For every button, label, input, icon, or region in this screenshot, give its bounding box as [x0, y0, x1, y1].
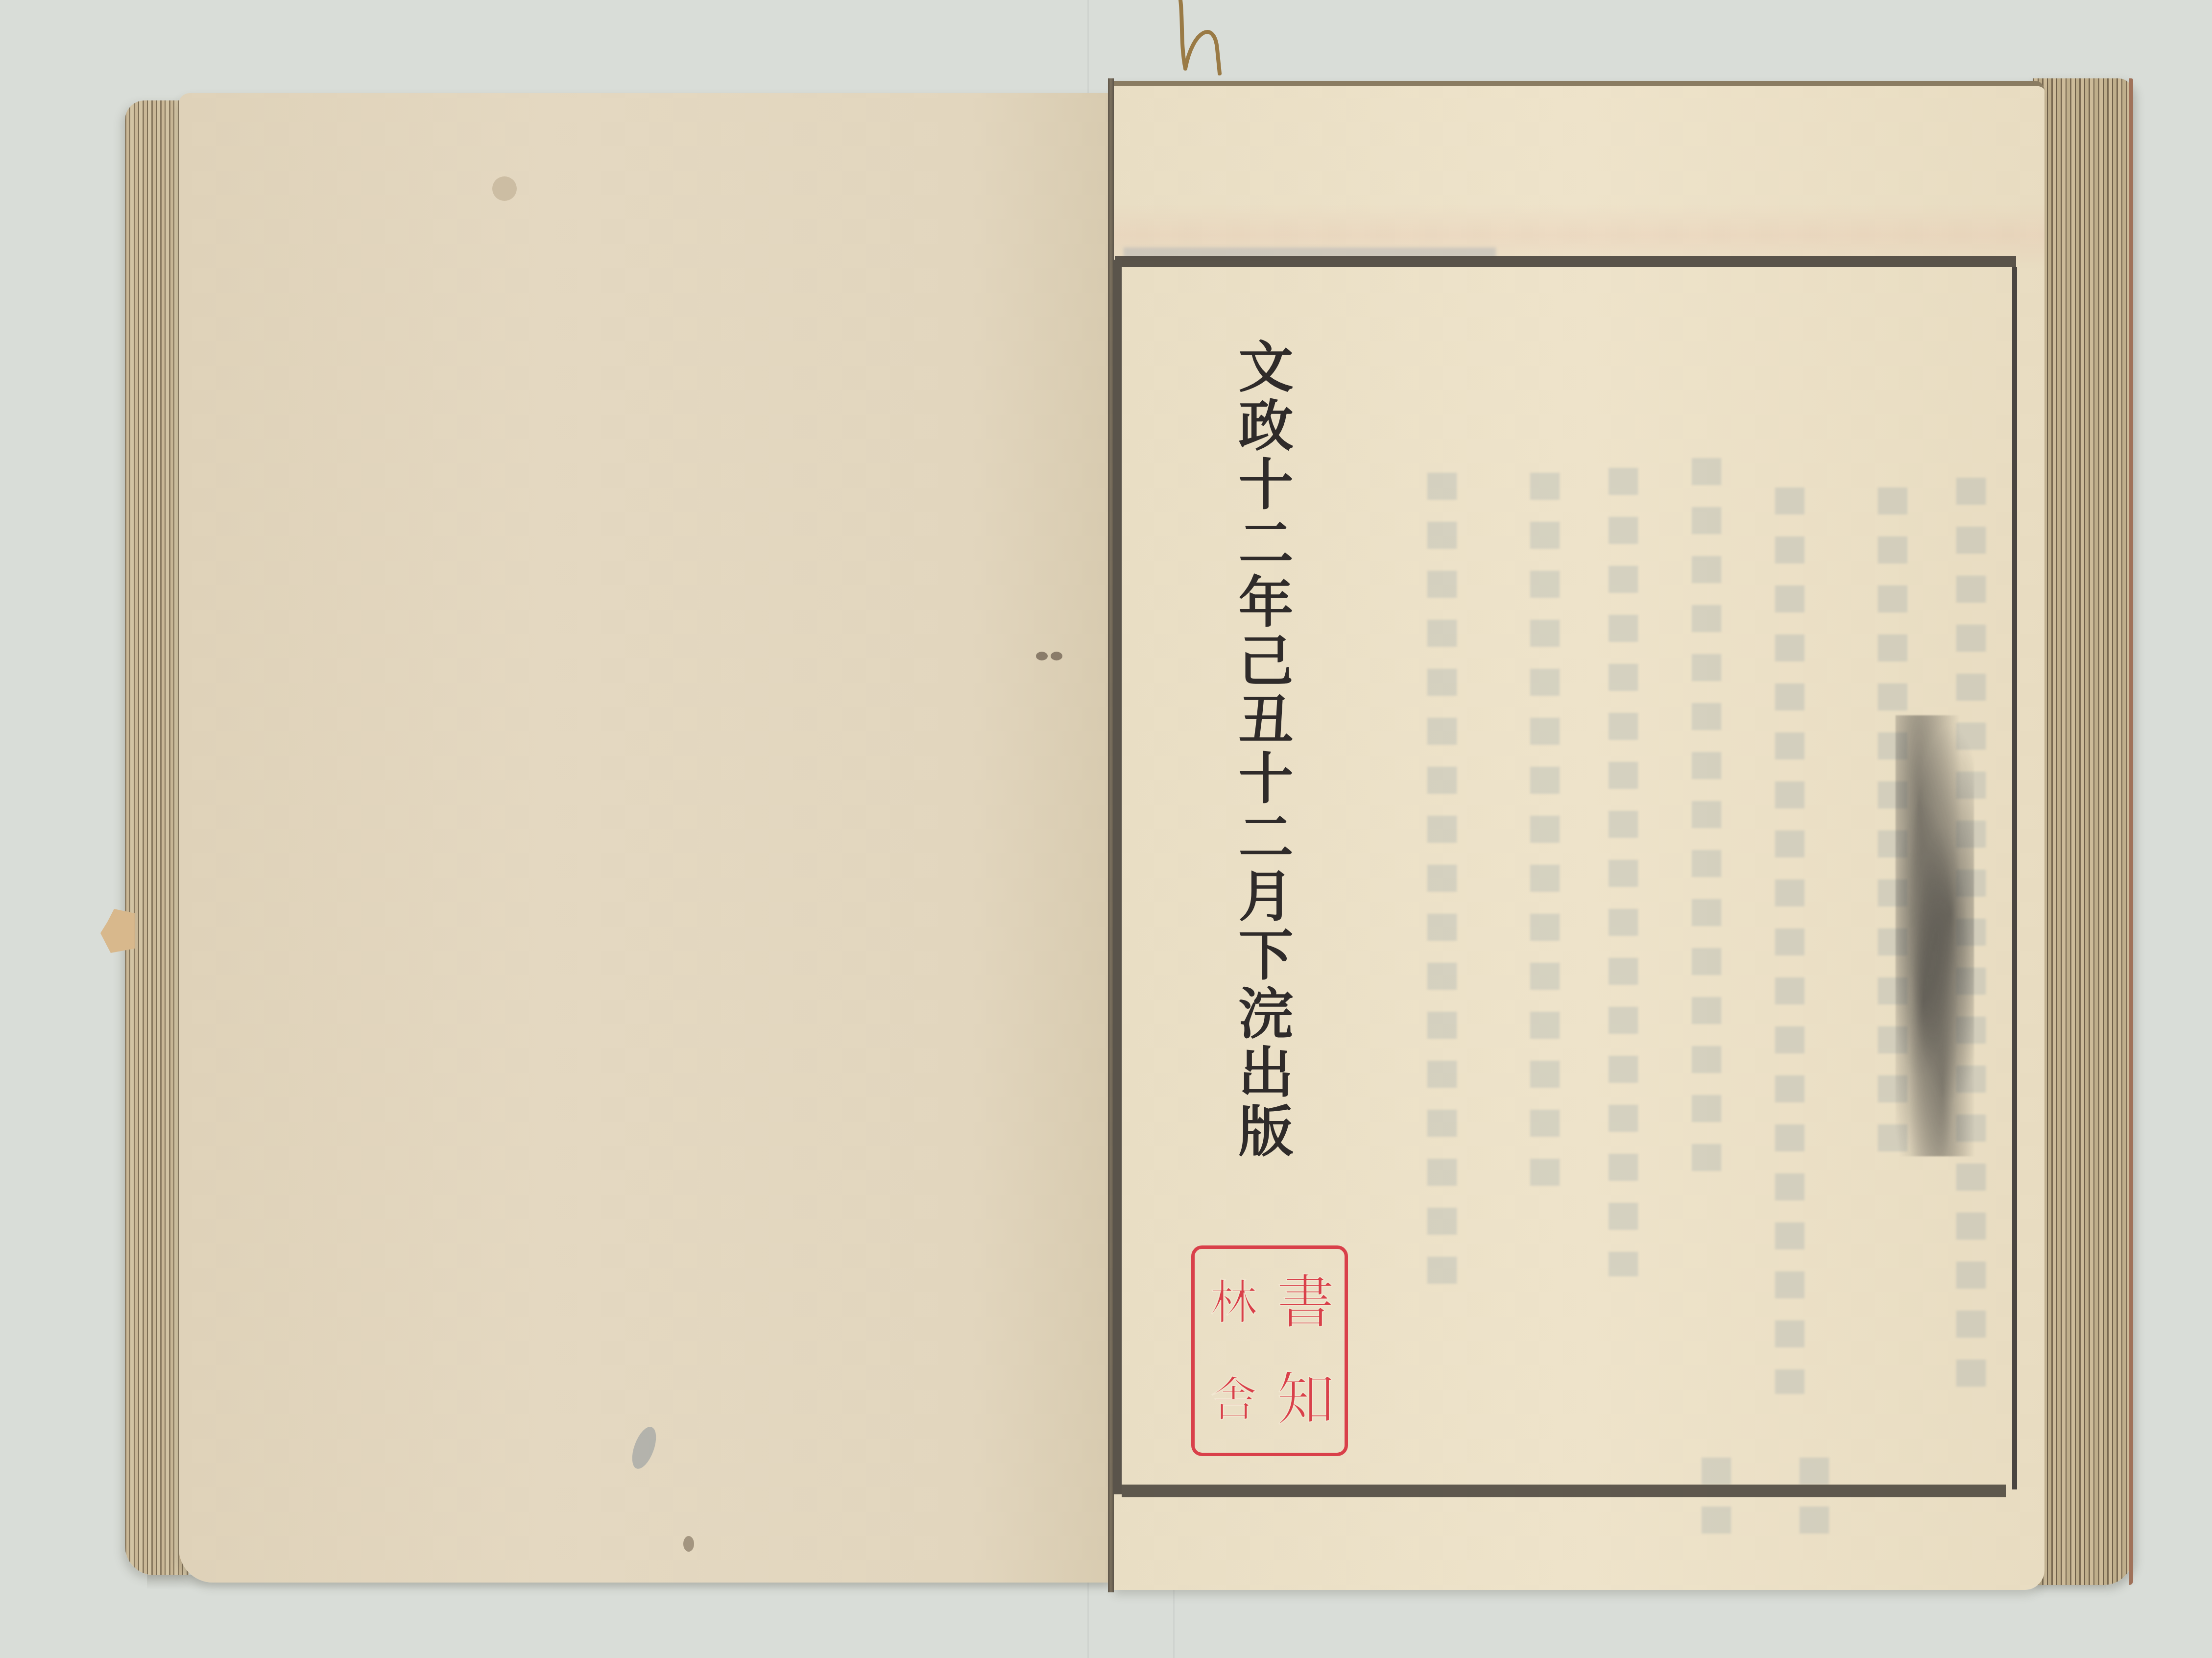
seal-left-column: 林 舎 [1200, 1254, 1268, 1448]
paper-stain [492, 176, 517, 201]
colophon-text: 文政十二年己丑十二月下浣出版 [1225, 338, 1298, 1171]
bleed-through-column [1427, 473, 1457, 1306]
bleed-through-column [1609, 468, 1638, 1276]
printed-frame-left [1113, 260, 1122, 1494]
printed-frame-top [1115, 256, 2016, 267]
ink-specks [1036, 652, 1065, 663]
right-page-edges [2033, 78, 2133, 1585]
torn-paper-tab [100, 909, 135, 953]
seal-right-column: 書 知 [1272, 1254, 1340, 1448]
bleed-through-column [1530, 473, 1560, 1208]
bleed-through-column [1702, 1458, 1731, 1546]
seal-character: 舎 [1210, 1376, 1257, 1423]
left-page [179, 93, 1109, 1583]
bleed-through-column [1692, 458, 1721, 1193]
ink-bleed-smudge [1896, 715, 1974, 1156]
bleed-through-column [1800, 1458, 1829, 1556]
paper-stain [683, 1536, 694, 1552]
printed-frame-right [2012, 267, 2017, 1489]
publisher-seal: 書 知 林 舎 [1191, 1245, 1348, 1456]
seal-character: 知 [1276, 1370, 1334, 1428]
open-book: 文政十二年己丑十二月下浣出版 書 知 林 舎 [0, 0, 2212, 1658]
bleed-through-column [1775, 488, 1804, 1394]
grey-blot [627, 1424, 661, 1472]
seal-character: 林 [1210, 1279, 1257, 1326]
printed-frame-bottom [1122, 1485, 2006, 1497]
seal-character: 書 [1276, 1273, 1334, 1331]
